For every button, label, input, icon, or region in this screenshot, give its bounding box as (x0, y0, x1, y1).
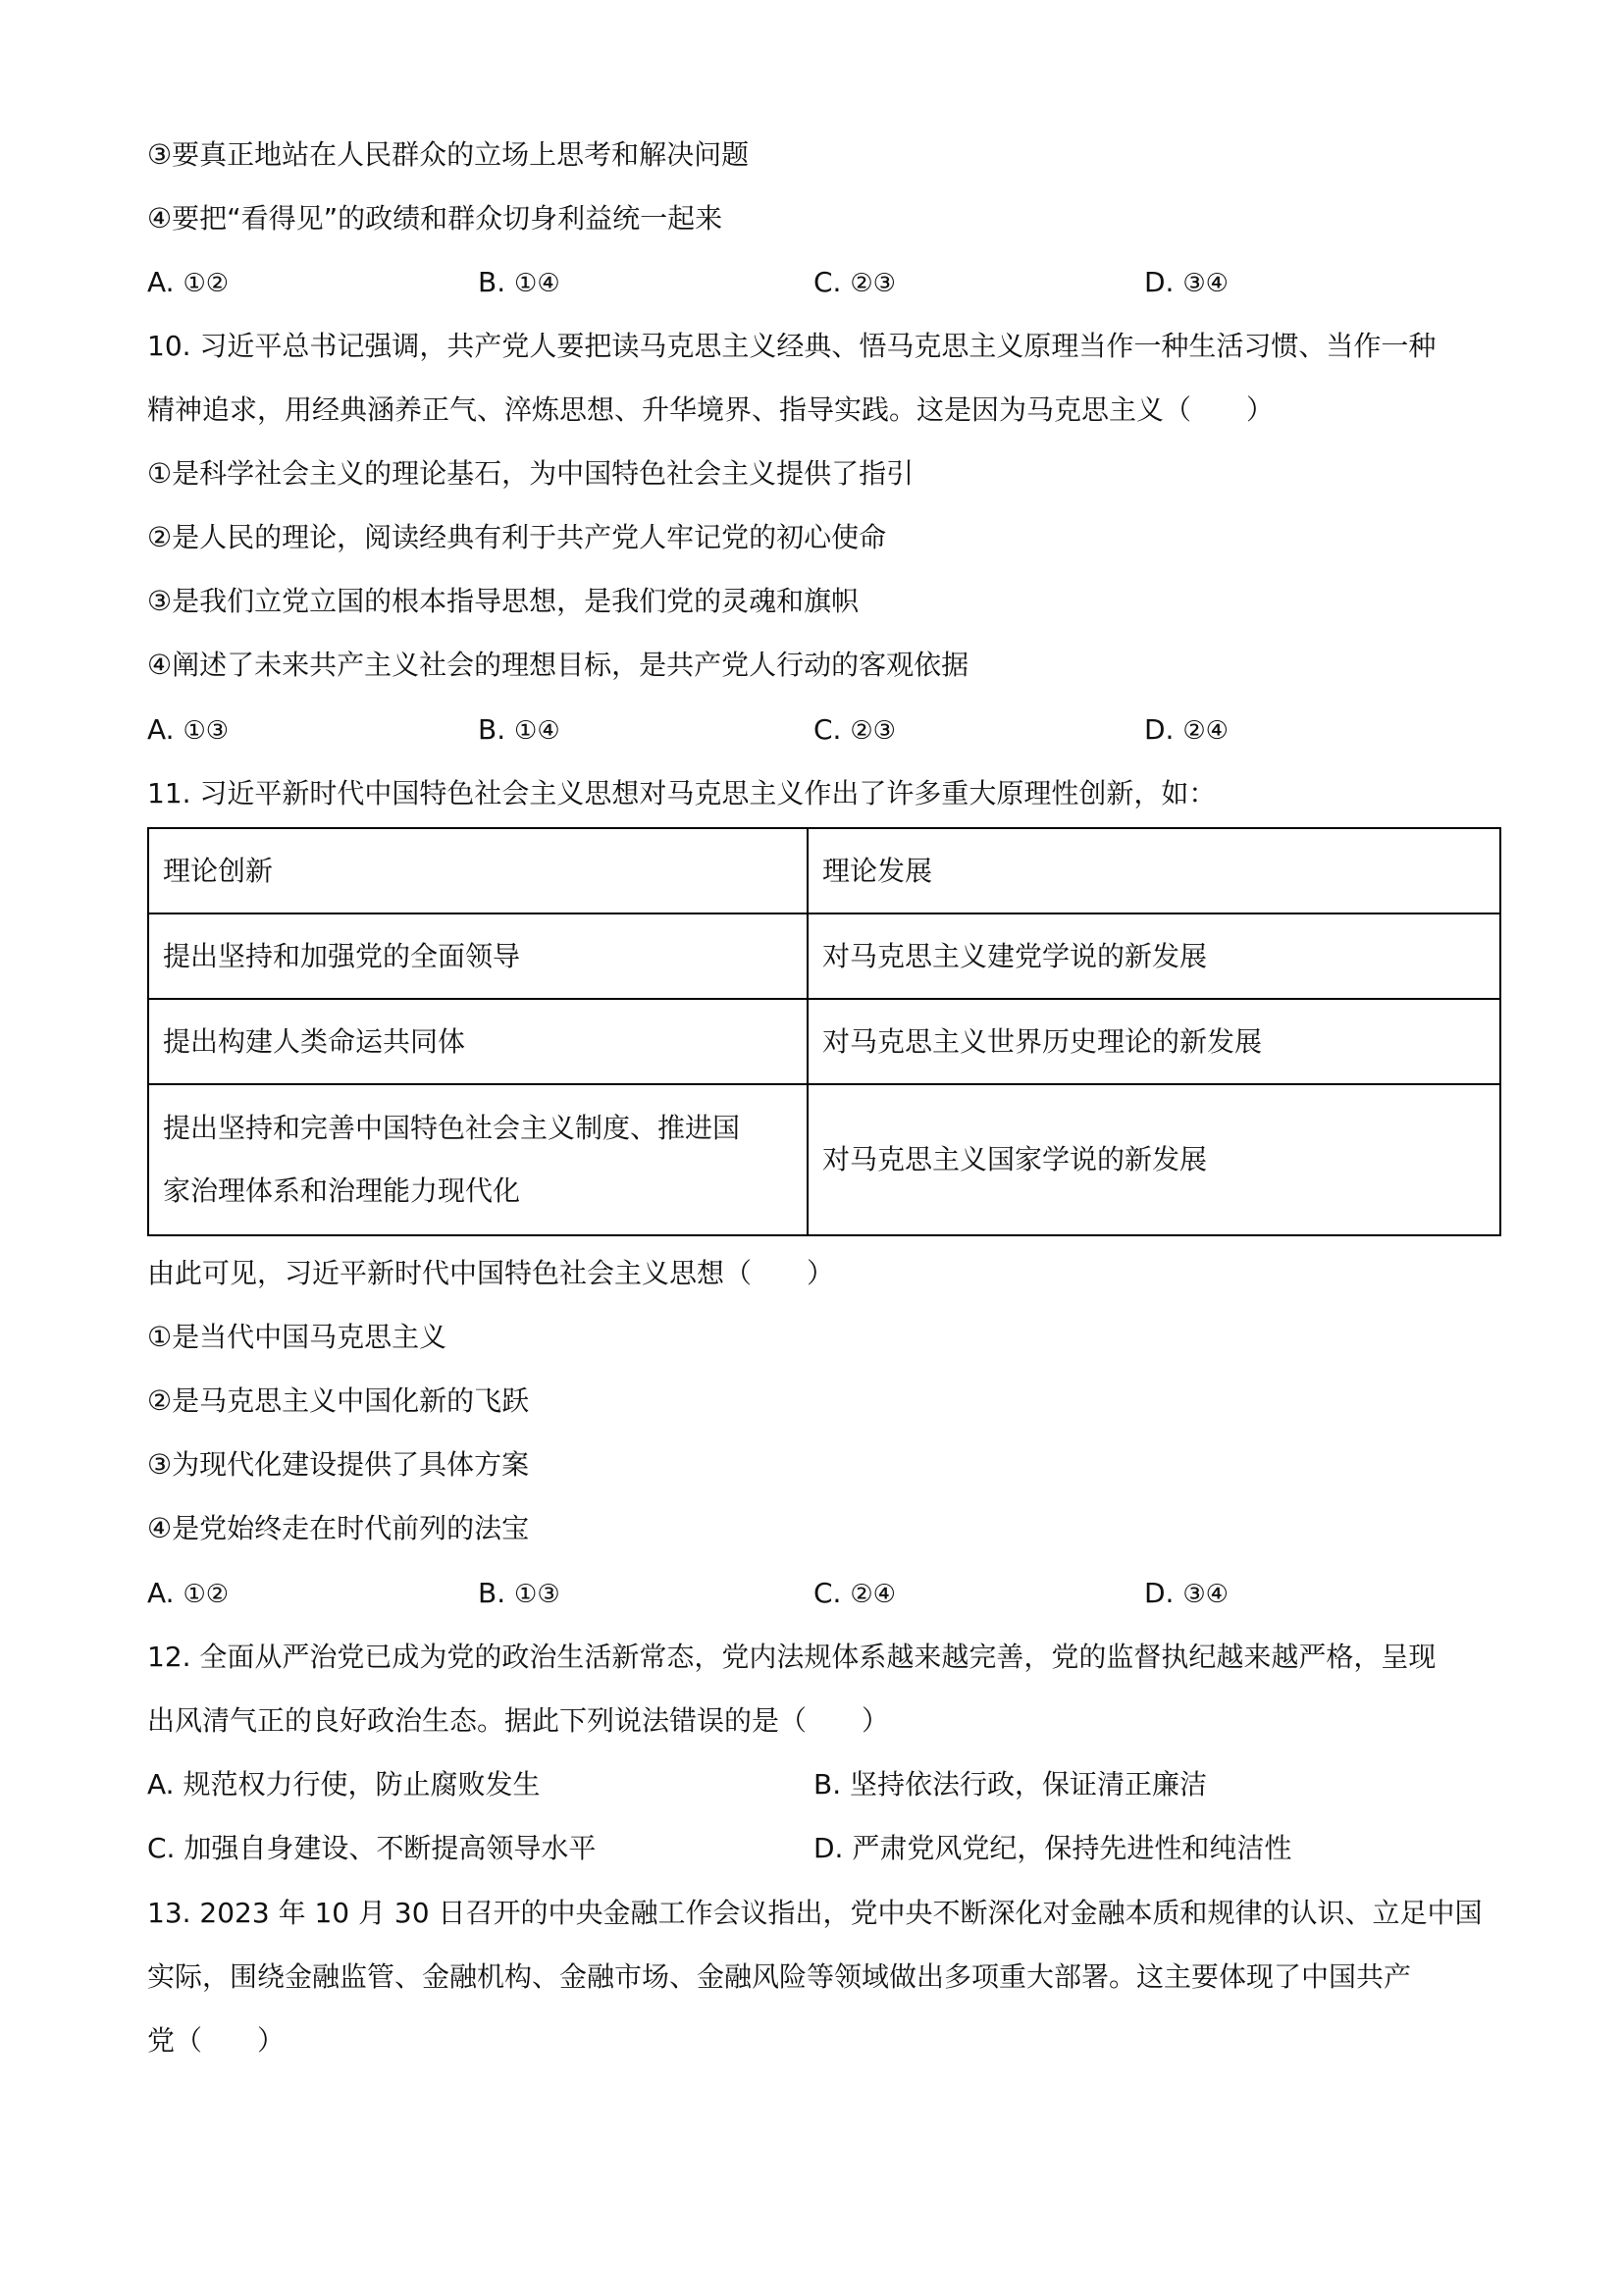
q10-option-b[interactable]: B. ①④ (478, 712, 560, 749)
option-label: D. (1144, 266, 1174, 298)
q10-option-c[interactable]: C. ②③ (813, 712, 896, 749)
option-value: ③④ (1182, 269, 1229, 298)
q12-stem-line2: 出风清气正的良好政治生态。据此下列说法错误的是（ ） (147, 1703, 889, 1739)
option-label: C. (813, 713, 841, 746)
q10-option-a[interactable]: A. ①③ (147, 712, 229, 749)
option-value: ①④ (514, 269, 560, 298)
table-row: 提出构建人类命运共同体 对马克思主义世界历史理论的新发展 (148, 999, 1500, 1084)
q12-option-a[interactable]: A. 规范权力行使，防止腐败发生 (147, 1767, 540, 1802)
q13-stem-line2: 实际，围绕金融监管、金融机构、金融市场、金融风险等领域做出多项重大部署。这主要体… (147, 1959, 1411, 1995)
option-value: ①② (183, 1580, 229, 1609)
q11-item-2: ②是马克思主义中国化新的飞跃 (147, 1383, 529, 1419)
option-label: A. (147, 266, 175, 298)
table-cell-line: 提出坚持和完善中国特色社会主义制度、推进国 (163, 1097, 793, 1160)
q10-item-2: ②是人民的理论，阅读经典有利于共产党人牢记党的初心使命 (147, 520, 886, 555)
option-label: A. (147, 1577, 175, 1609)
option-value: 规范权力行使，防止腐败发生 (183, 1768, 540, 1800)
table-cell: 对马克思主义国家学说的新发展 (808, 1084, 1500, 1235)
option-value: ①③ (514, 1580, 560, 1609)
q9-option-c[interactable]: C. ②③ (813, 265, 896, 301)
option-value: ①③ (183, 716, 229, 746)
table-cell: 提出坚持和完善中国特色社会主义制度、推进国 家治理体系和治理能力现代化 (148, 1084, 808, 1235)
q9-item-3: ③要真正地站在人民群众的立场上思考和解决问题 (147, 137, 749, 173)
q11-conclusion: 由此可见，习近平新时代中国特色社会主义思想（ ） (147, 1256, 834, 1291)
q12-stem-line1: 12. 全面从严治党已成为党的政治生活新常态，党内法规体系越来越完善，党的监督执… (147, 1640, 1436, 1675)
q10-option-d[interactable]: D. ②④ (1144, 712, 1229, 749)
option-value: ②③ (850, 716, 896, 746)
option-value: 坚持依法行政，保证清正廉洁 (850, 1768, 1207, 1800)
option-label: B. (478, 266, 505, 298)
option-value: ①② (183, 269, 229, 298)
q11-option-d[interactable]: D. ③④ (1144, 1576, 1229, 1612)
option-label: B. (478, 1577, 505, 1609)
table-cell-line: 家治理体系和治理能力现代化 (163, 1160, 793, 1223)
q10-item-3: ③是我们立党立国的根本指导思想，是我们党的灵魂和旗帜 (147, 584, 859, 619)
option-value: ①④ (514, 716, 560, 746)
table-cell: 提出构建人类命运共同体 (148, 999, 808, 1084)
q12-option-d[interactable]: D. 严肃党风党纪，保持先进性和纯洁性 (813, 1831, 1291, 1866)
option-label: A. (147, 1768, 175, 1800)
q11-option-b[interactable]: B. ①③ (478, 1576, 560, 1612)
table-cell: 对马克思主义建党学说的新发展 (808, 913, 1500, 999)
q10-stem-line2: 精神追求，用经典涵养正气、淬炼思想、升华境界、指导实践。这是因为马克思主义（ ） (147, 392, 1274, 428)
option-label: D. (1144, 713, 1174, 746)
q10-stem-line1: 10. 习近平总书记强调，共产党人要把读马克思主义经典、悟马克思主义原理当作一种… (147, 329, 1436, 364)
table-header-cell: 理论发展 (808, 828, 1500, 913)
q11-item-1: ①是当代中国马克思主义 (147, 1320, 446, 1355)
table-cell: 对马克思主义世界历史理论的新发展 (808, 999, 1500, 1084)
table-header-row: 理论创新 理论发展 (148, 828, 1500, 913)
q9-option-a[interactable]: A. ①② (147, 265, 229, 301)
option-label: C. (813, 1577, 841, 1609)
q9-option-d[interactable]: D. ③④ (1144, 265, 1229, 301)
option-value: ②④ (1182, 716, 1229, 746)
option-value: 加强自身建设、不断提高领导水平 (183, 1832, 596, 1864)
q11-stem: 11. 习近平新时代中国特色社会主义思想对马克思主义作出了许多重大原理性创新，如… (147, 776, 1216, 811)
q11-table: 理论创新 理论发展 提出坚持和加强党的全面领导 对马克思主义建党学说的新发展 提… (147, 827, 1501, 1236)
option-label: C. (147, 1832, 175, 1864)
option-value: ②③ (850, 269, 896, 298)
table-cell: 提出坚持和加强党的全面领导 (148, 913, 808, 999)
table-row: 提出坚持和完善中国特色社会主义制度、推进国 家治理体系和治理能力现代化 对马克思… (148, 1084, 1500, 1235)
option-label: B. (478, 713, 505, 746)
option-value: 严肃党风党纪，保持先进性和纯洁性 (852, 1832, 1291, 1864)
q13-stem-line3: 党（ ） (147, 2023, 285, 2059)
option-label: A. (147, 713, 175, 746)
q12-option-c[interactable]: C. 加强自身建设、不断提高领导水平 (147, 1831, 596, 1866)
q11-item-4: ④是党始终走在时代前列的法宝 (147, 1511, 529, 1546)
q13-stem-line1: 13. 2023 年 10 月 30 日召开的中央金融工作会议指出，党中央不断深… (147, 1896, 1482, 1931)
table-header-cell: 理论创新 (148, 828, 808, 913)
option-label: C. (813, 266, 841, 298)
option-label: D. (813, 1832, 843, 1864)
q10-item-1: ①是科学社会主义的理论基石，为中国特色社会主义提供了指引 (147, 456, 914, 492)
option-label: D. (1144, 1577, 1174, 1609)
q11-item-3: ③为现代化建设提供了具体方案 (147, 1447, 529, 1483)
table-row: 提出坚持和加强党的全面领导 对马克思主义建党学说的新发展 (148, 913, 1500, 999)
q9-option-b[interactable]: B. ①④ (478, 265, 560, 301)
option-value: ③④ (1182, 1580, 1229, 1609)
q11-option-a[interactable]: A. ①② (147, 1576, 229, 1612)
option-label: B. (813, 1768, 841, 1800)
option-value: ②④ (850, 1580, 896, 1609)
q12-option-b[interactable]: B. 坚持依法行政，保证清正廉洁 (813, 1767, 1207, 1802)
q9-item-4: ④要把“看得见”的政绩和群众切身利益统一起来 (147, 201, 722, 236)
q11-option-c[interactable]: C. ②④ (813, 1576, 896, 1612)
q10-item-4: ④阐述了未来共产主义社会的理想目标，是共产党人行动的客观依据 (147, 648, 969, 683)
